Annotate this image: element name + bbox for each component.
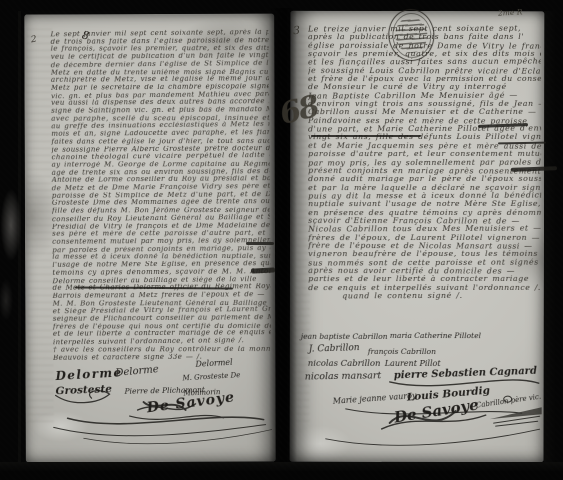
manuscript-page-right: Le treize janvier mil sept cent soixante… xyxy=(290,11,545,462)
book-gutter xyxy=(269,8,297,464)
signature: françois Cabrillon xyxy=(368,347,436,356)
signature: Delormel xyxy=(195,358,233,369)
signature: maria Catherine Pillotel xyxy=(390,331,481,340)
ink-stroke xyxy=(246,242,274,245)
signature: Delorme xyxy=(55,365,123,383)
film-edge-left xyxy=(0,0,25,480)
film-edge-right xyxy=(544,0,563,480)
signature-block-left: DelormeDelormeDelormelM. Grosteste DeGro… xyxy=(24,14,276,463)
corner-annotation: 2me R xyxy=(498,7,523,17)
signature: pierre Sebastien Cagnard xyxy=(394,366,537,382)
folio-number-left: 2 xyxy=(30,35,37,46)
film-edge-bottom xyxy=(0,462,563,480)
signature: Marie jeanne vauroy xyxy=(333,391,417,406)
signature: Grosteste xyxy=(55,383,112,397)
manuscript-page-left: Le sept janvier mil sept cent soixante s… xyxy=(24,14,276,463)
signature: nicolas mansart xyxy=(305,370,382,382)
ink-stroke xyxy=(311,135,421,137)
folio-number-right: 3 xyxy=(292,24,300,38)
signature: Laurent Pillot xyxy=(385,359,441,368)
signature-block-right: jean baptiste Cabrillonmaria Catherine P… xyxy=(290,11,545,462)
signature: nicolas Cabrillon xyxy=(308,359,381,369)
signature: J. Cabrillon xyxy=(309,343,360,355)
signature: jean baptiste Cabrillon xyxy=(301,332,388,341)
signature: M. Grosteste De xyxy=(182,371,240,382)
microfilm-scan: Le sept janvier mil sept cent soixante s… xyxy=(0,0,563,480)
